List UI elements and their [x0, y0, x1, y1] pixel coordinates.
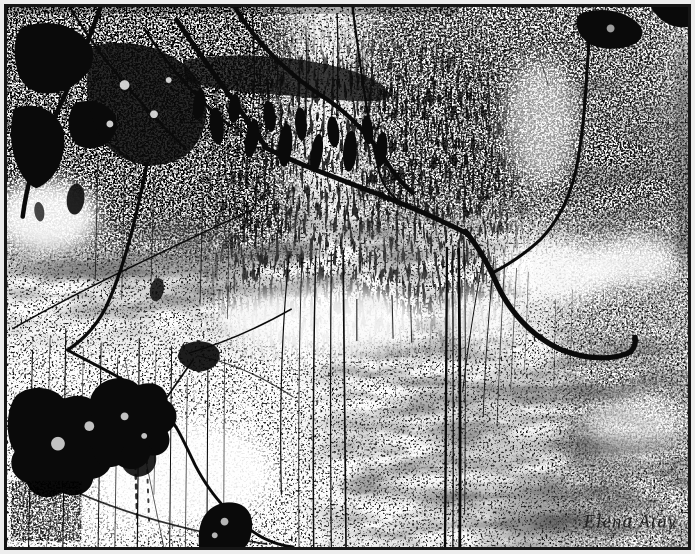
photo-frame: Elena Atay — [4, 4, 691, 550]
photo-artwork: Elena Atay — [0, 0, 695, 554]
artist-signature: Elena Atay — [583, 512, 678, 533]
bottom-left-speckle-patch — [11, 481, 82, 541]
photo-canvas: Elena Atay — [7, 7, 688, 547]
